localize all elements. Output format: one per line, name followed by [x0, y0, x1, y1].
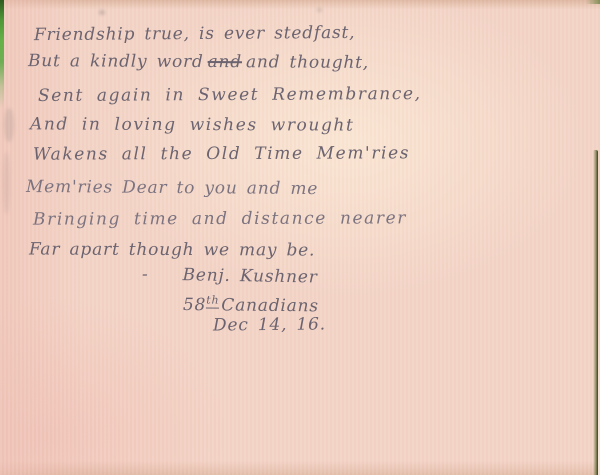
poem-line: Mem'ries Dear to you and me	[26, 176, 318, 200]
page-edge-right	[593, 150, 598, 475]
binding-edge-left	[0, 0, 4, 108]
ink-smudge	[4, 108, 14, 142]
signature-dash: -	[142, 263, 149, 285]
album-page: Friendship true, is ever stedfast, But a…	[0, 0, 600, 475]
signer-name: Benj. Kushner	[182, 265, 317, 287]
poem-line-segment: and thought,	[246, 52, 369, 73]
binding-edge-top-right	[586, 0, 600, 4]
ink-smudge	[3, 152, 10, 214]
signature-date: Dec 14, 16.	[213, 314, 326, 337]
ink-speck	[99, 10, 105, 15]
poem-line: Far apart though we may be.	[29, 239, 315, 262]
poem-line: Sent again in Sweet Remembrance,	[38, 83, 422, 107]
poem-line: Bringing time and distance nearer	[33, 207, 407, 230]
struck-out-word: and	[208, 52, 242, 72]
poem-line: Friendship true, is ever stedfast,	[34, 22, 355, 46]
unit-number: 58	[183, 295, 206, 315]
poem-line: But a kindly wordandand thought,	[28, 50, 369, 74]
signature-line: -Benj. Kushner	[142, 263, 318, 288]
ink-speck	[317, 8, 322, 12]
unit-ordinal: th	[206, 294, 219, 309]
poem-line: Wakens all the Old Time Mem'ries	[33, 142, 410, 165]
poem-line-segment: But a kindly word	[28, 51, 204, 72]
poem-line: And in loving wishes wrought	[30, 113, 355, 136]
